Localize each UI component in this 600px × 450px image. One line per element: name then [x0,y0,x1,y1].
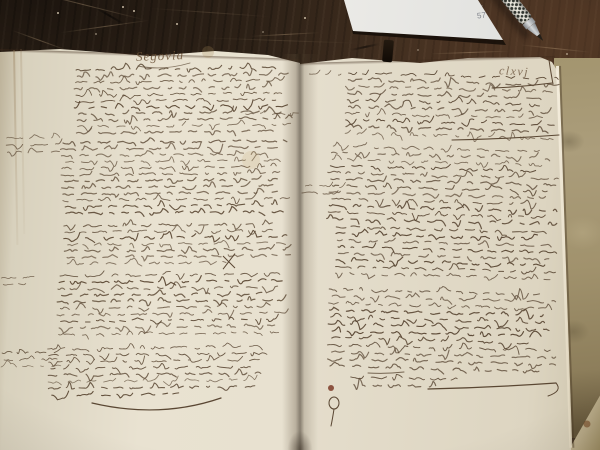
dust-speck [262,31,264,33]
wood-scratch [250,32,320,37]
wood-scratch [150,8,270,17]
wood-gouge [92,5,128,27]
wood-scratch [200,37,360,44]
dust-speck [304,17,306,19]
dust-speck [417,49,419,51]
dust-speck [566,53,568,55]
gutter-foot-shadow [286,418,314,450]
call-slip-number: 57 [477,11,487,21]
binding-tab [382,40,394,63]
page-heading: Segovia [136,47,185,65]
dust-speck [176,23,178,25]
dust-speck [122,6,124,8]
manuscript-photo: Segovia clxvj 57 [0,0,600,450]
dust-speck [57,12,59,14]
dust-speck [95,33,97,35]
wood-scratch [430,51,510,55]
wood-scratch [520,44,590,52]
dust-speck [133,10,135,12]
folio-number: clxvj [499,63,530,80]
wood-scratch [20,0,146,21]
gutter-shadow [282,54,318,450]
wood-gouge [350,43,380,51]
wood-scratch [60,20,149,34]
